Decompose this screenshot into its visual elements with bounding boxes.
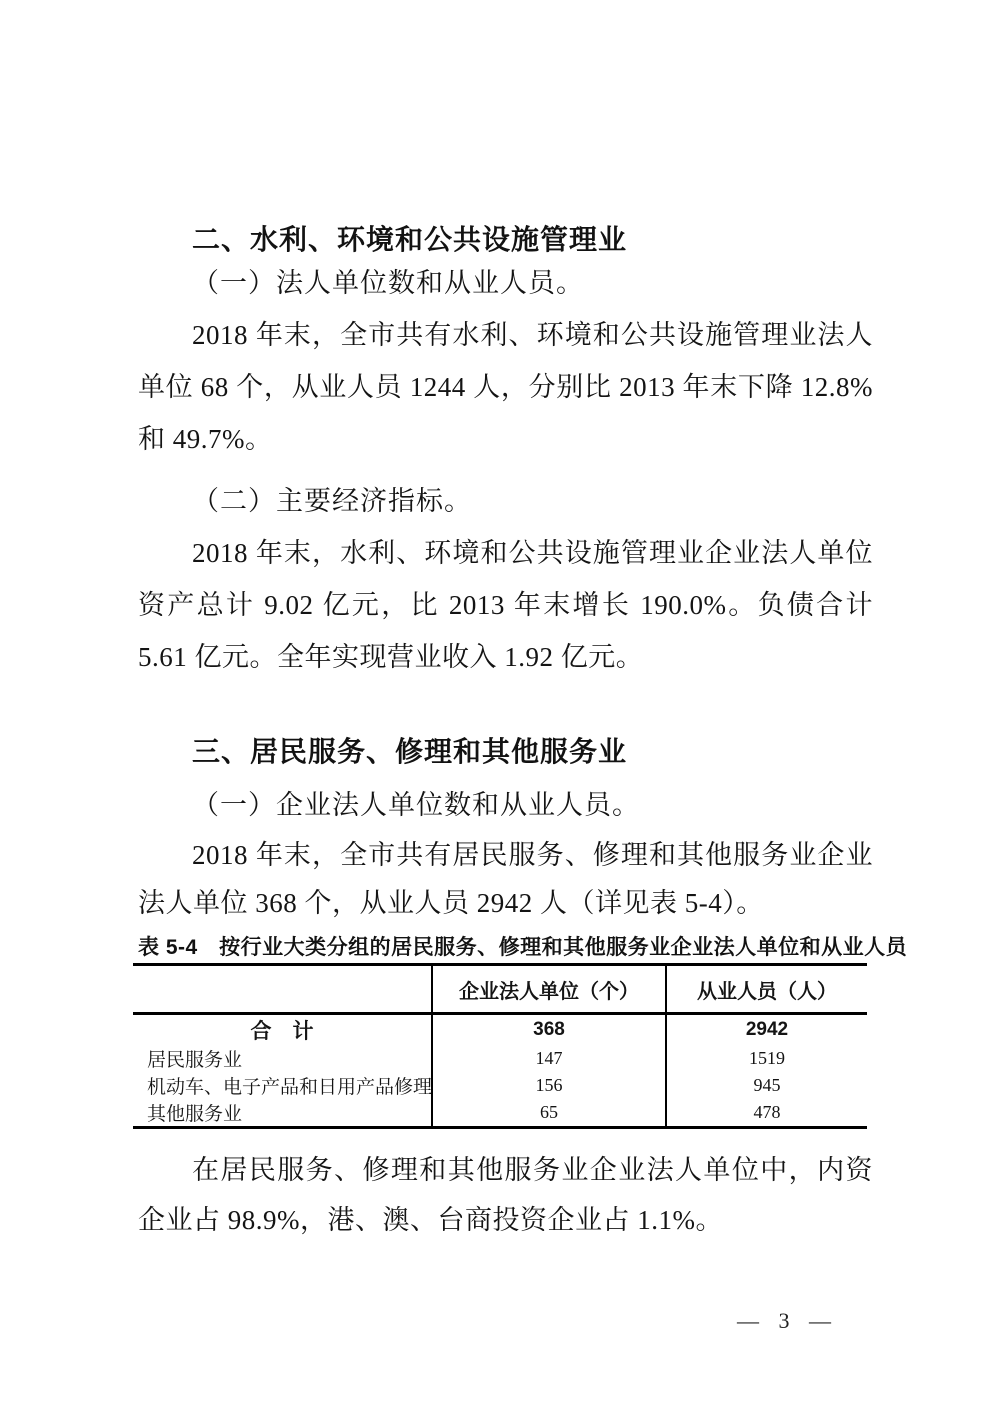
table-cell-employees: 2942	[666, 1014, 867, 1046]
paragraph-domestic-capital: 在居民服务、修理和其他服务业企业法人单位中，内资企业占 98.9%，港、澳、台商…	[138, 1145, 873, 1245]
table-cell-label: 居民服务业	[133, 1045, 432, 1072]
document-content: 二、水利、环境和公共设施管理业 （一）法人单位数和从业人员。 2018 年末，全…	[138, 0, 873, 1245]
paragraph-resident-units: 2018 年末，全市共有居民服务、修理和其他服务业企业法人单位 368 个，从业…	[138, 831, 873, 927]
page-number: — 3 —	[737, 1308, 838, 1334]
table-row-repair: 机动车、电子产品和日用产品修理业 156 945	[133, 1072, 867, 1099]
table-cell-employees: 478	[666, 1099, 867, 1128]
subsection-heading-economic-indicators: （二）主要经济指标。	[138, 475, 873, 527]
subsection-heading-units-staff: （一）法人单位数和从业人员。	[138, 257, 873, 309]
table-cell-label: 机动车、电子产品和日用产品修理业	[133, 1072, 432, 1099]
table-header-employees: 从业人员（人）	[666, 965, 867, 1014]
table-row-other-services: 其他服务业 65 478	[133, 1099, 867, 1128]
table-cell-units: 368	[432, 1014, 666, 1046]
table-row-resident-services: 居民服务业 147 1519	[133, 1045, 867, 1072]
table-row-total: 合 计 368 2942	[133, 1014, 867, 1046]
stats-table: 企业法人单位（个） 从业人员（人） 合 计 368 2942 居民服务业 147…	[133, 963, 867, 1129]
subsection-heading-enterprise-units: （一）企业法人单位数和从业人员。	[138, 779, 873, 831]
table-caption: 表 5-4 按行业大类分组的居民服务、修理和其他服务业企业法人单位和从业人员	[138, 933, 873, 963]
table-header-row: 企业法人单位（个） 从业人员（人）	[133, 965, 867, 1014]
table-cell-units: 65	[432, 1099, 666, 1128]
paragraph-water-units: 2018 年末，全市共有水利、环境和公共设施管理业法人单位 68 个，从业人员 …	[138, 309, 873, 465]
section-heading-water: 二、水利、环境和公共设施管理业	[138, 223, 873, 257]
table-cell-label: 其他服务业	[133, 1099, 432, 1128]
table-header-category	[133, 965, 432, 1014]
table-cell-employees: 1519	[666, 1045, 867, 1072]
paragraph-water-economics: 2018 年末，水利、环境和公共设施管理业企业法人单位资产总计 9.02 亿元，…	[138, 527, 873, 683]
table-header-units: 企业法人单位（个）	[432, 965, 666, 1014]
table-cell-label: 合 计	[133, 1014, 432, 1046]
table-cell-units: 156	[432, 1072, 666, 1099]
section-heading-resident-services: 三、居民服务、修理和其他服务业	[138, 735, 873, 769]
table-cell-units: 147	[432, 1045, 666, 1072]
document-page: 二、水利、环境和公共设施管理业 （一）法人单位数和从业人员。 2018 年末，全…	[0, 0, 1000, 1414]
table-cell-employees: 945	[666, 1072, 867, 1099]
